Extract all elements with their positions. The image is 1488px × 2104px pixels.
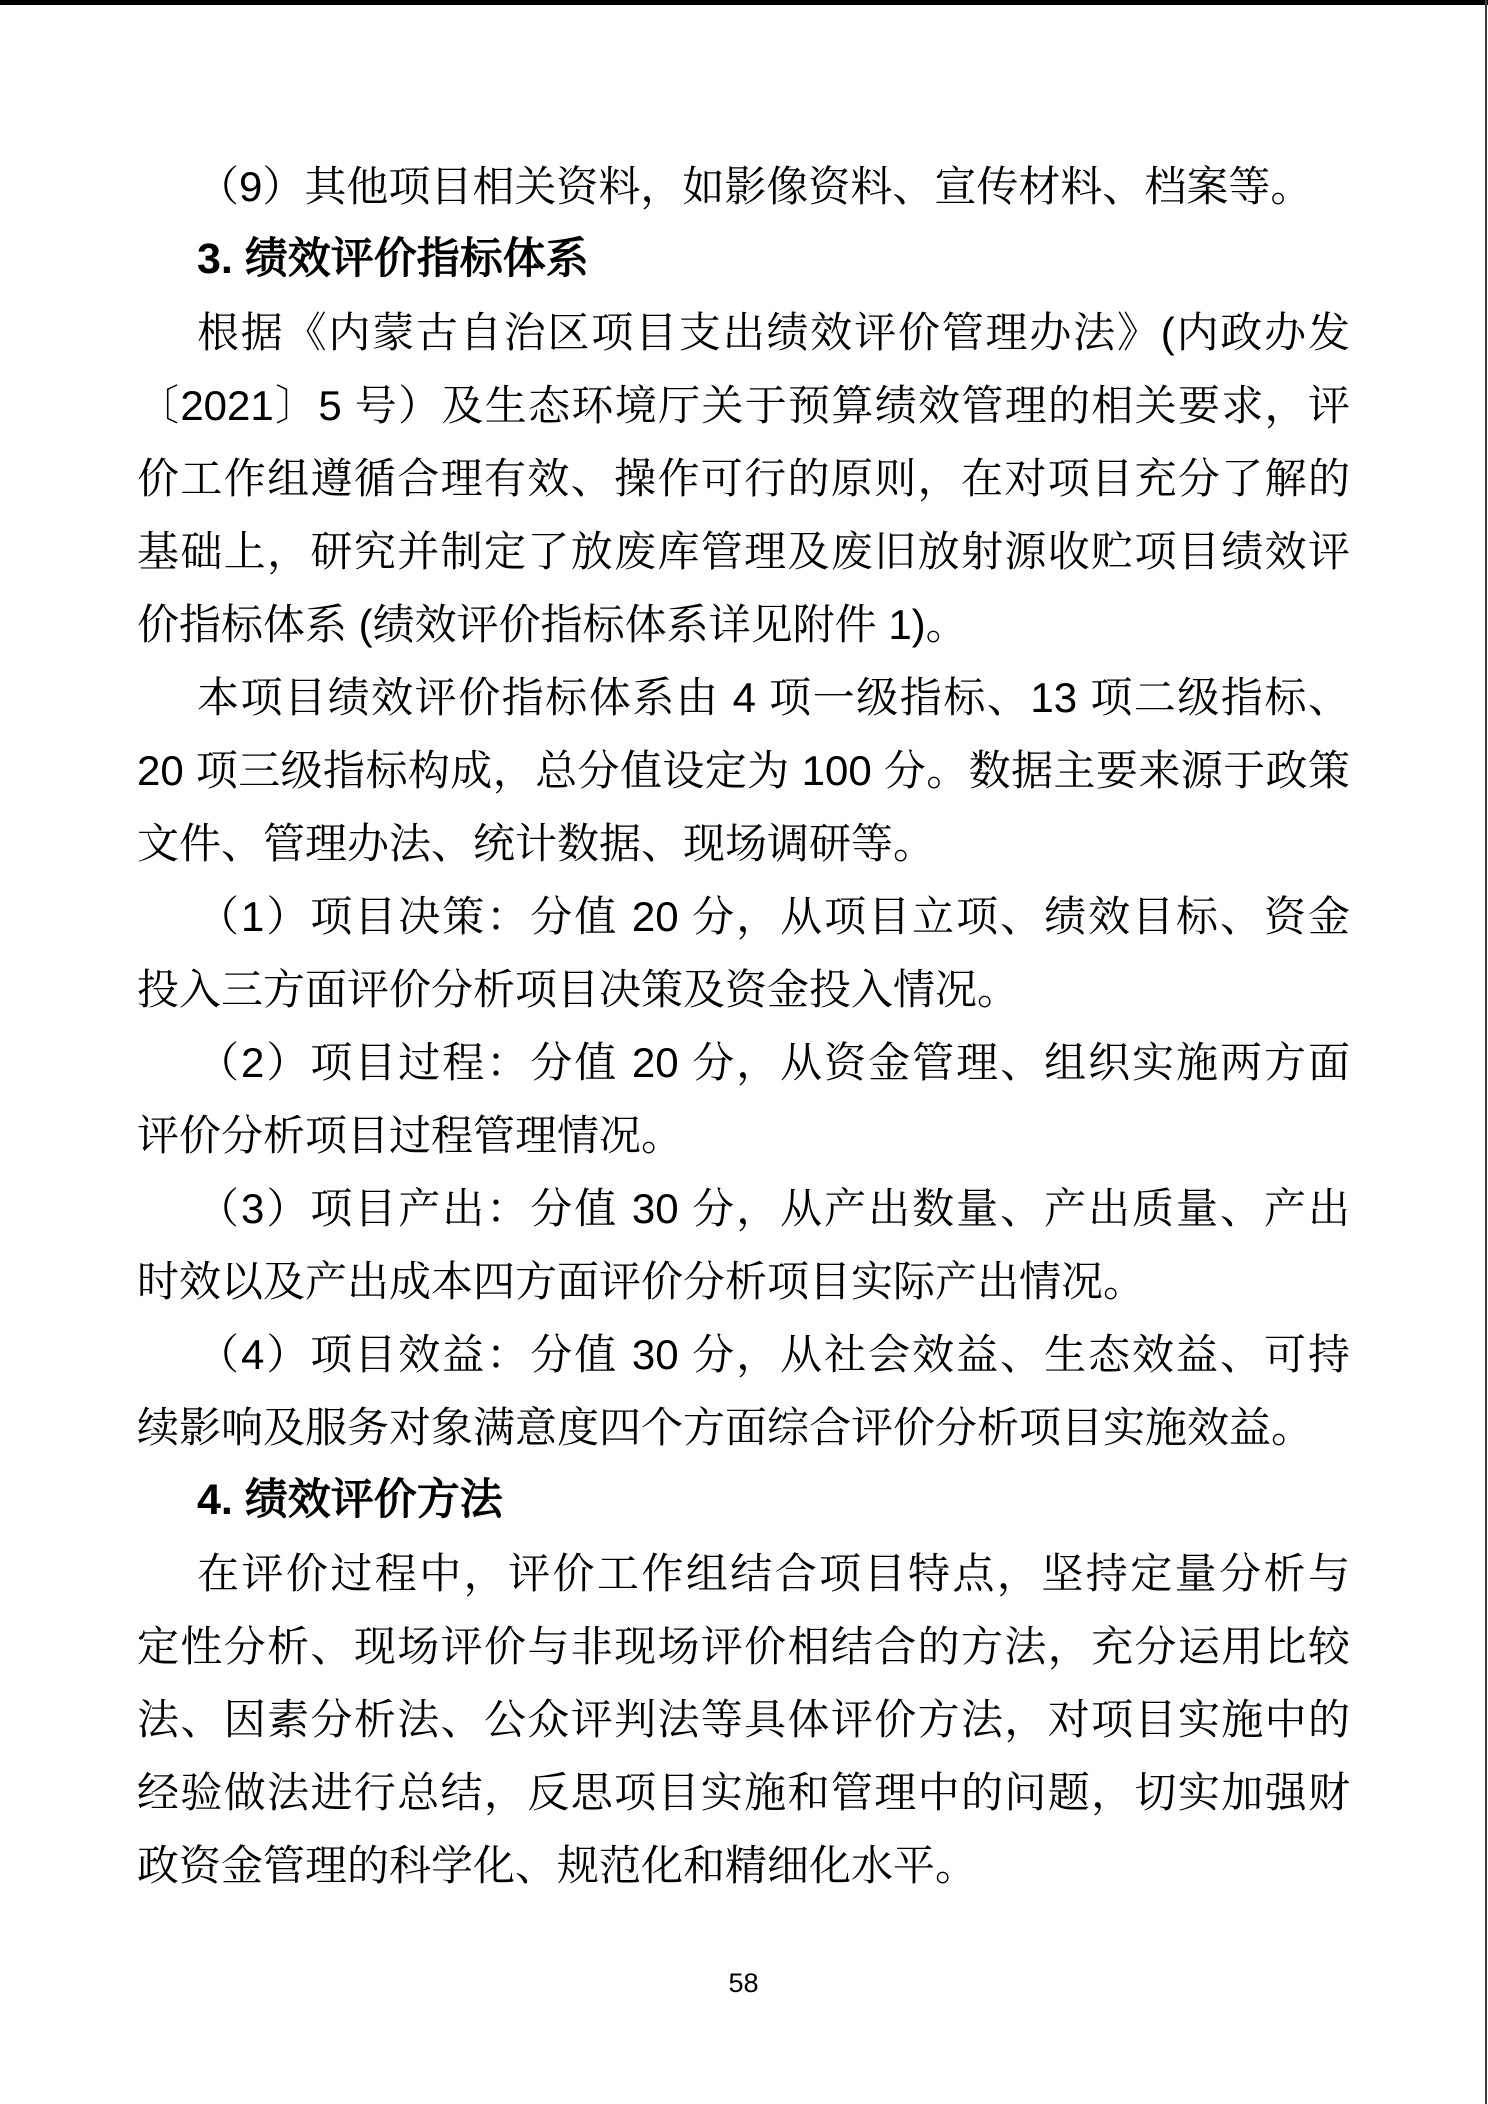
text-line: 价工作组遵循合理有效、操作可行的原则，在对项目充分了解的 bbox=[137, 442, 1350, 515]
document-body: （9）其他项目相关资料，如影像资料、宣传材料、档案等。 3. 绩效评价指标体系 … bbox=[137, 150, 1350, 1902]
scan-edge-top bbox=[0, 0, 1488, 5]
text-line: 评价分析项目过程管理情况。 bbox=[137, 1099, 1350, 1172]
text-line: 续影响及服务对象满意度四个方面综合评价分析项目实施效益。 bbox=[137, 1391, 1350, 1464]
text-line: （1）项目决策：分值 20 分，从项目立项、绩效目标、资金 bbox=[137, 880, 1350, 953]
text-line: 投入三方面评价分析项目决策及资金投入情况。 bbox=[137, 953, 1350, 1026]
text-line: 本项目绩效评价指标体系由 4 项一级指标、13 项二级指标、 bbox=[137, 661, 1350, 734]
section-heading: 3. 绩效评价指标体系 bbox=[137, 223, 1350, 296]
text-line: 时效以及产出成本四方面评价分析项目实际产出情况。 bbox=[137, 1245, 1350, 1318]
text-line: （2）项目过程：分值 20 分，从资金管理、组织实施两方面 bbox=[137, 1026, 1350, 1099]
text-line: 定性分析、现场评价与非现场评价相结合的方法，充分运用比较 bbox=[137, 1610, 1350, 1683]
text-line: 经验做法进行总结，反思项目实施和管理中的问题，切实加强财 bbox=[137, 1756, 1350, 1829]
text-line: 政资金管理的科学化、规范化和精细化水平。 bbox=[137, 1829, 1350, 1902]
text-line: 20 项三级指标构成，总分值设定为 100 分。数据主要来源于政策 bbox=[137, 734, 1350, 807]
page-number: 58 bbox=[137, 1966, 1350, 2000]
scan-edge-right bbox=[1485, 0, 1487, 2104]
text-line: 文件、管理办法、统计数据、现场调研等。 bbox=[137, 807, 1350, 880]
document-page: （9）其他项目相关资料，如影像资料、宣传材料、档案等。 3. 绩效评价指标体系 … bbox=[0, 0, 1488, 2104]
section-heading: 4. 绩效评价方法 bbox=[137, 1464, 1350, 1537]
text-line: 根据《内蒙古自治区项目支出绩效评价管理办法》(内政办发 bbox=[137, 296, 1350, 369]
text-line: （4）项目效益：分值 30 分，从社会效益、生态效益、可持 bbox=[137, 1318, 1350, 1391]
text-line: 〔2021〕5 号）及生态环境厅关于预算绩效管理的相关要求，评 bbox=[137, 369, 1350, 442]
text-line: （3）项目产出：分值 30 分，从产出数量、产出质量、产出 bbox=[137, 1172, 1350, 1245]
text-line: 在评价过程中，评价工作组结合项目特点，坚持定量分析与 bbox=[137, 1537, 1350, 1610]
text-line: 法、因素分析法、公众评判法等具体评价方法，对项目实施中的 bbox=[137, 1683, 1350, 1756]
text-line: （9）其他项目相关资料，如影像资料、宣传材料、档案等。 bbox=[137, 150, 1350, 223]
text-line: 基础上，研究并制定了放废库管理及废旧放射源收贮项目绩效评 bbox=[137, 515, 1350, 588]
text-line: 价指标体系 (绩效评价指标体系详见附件 1)。 bbox=[137, 588, 1350, 661]
